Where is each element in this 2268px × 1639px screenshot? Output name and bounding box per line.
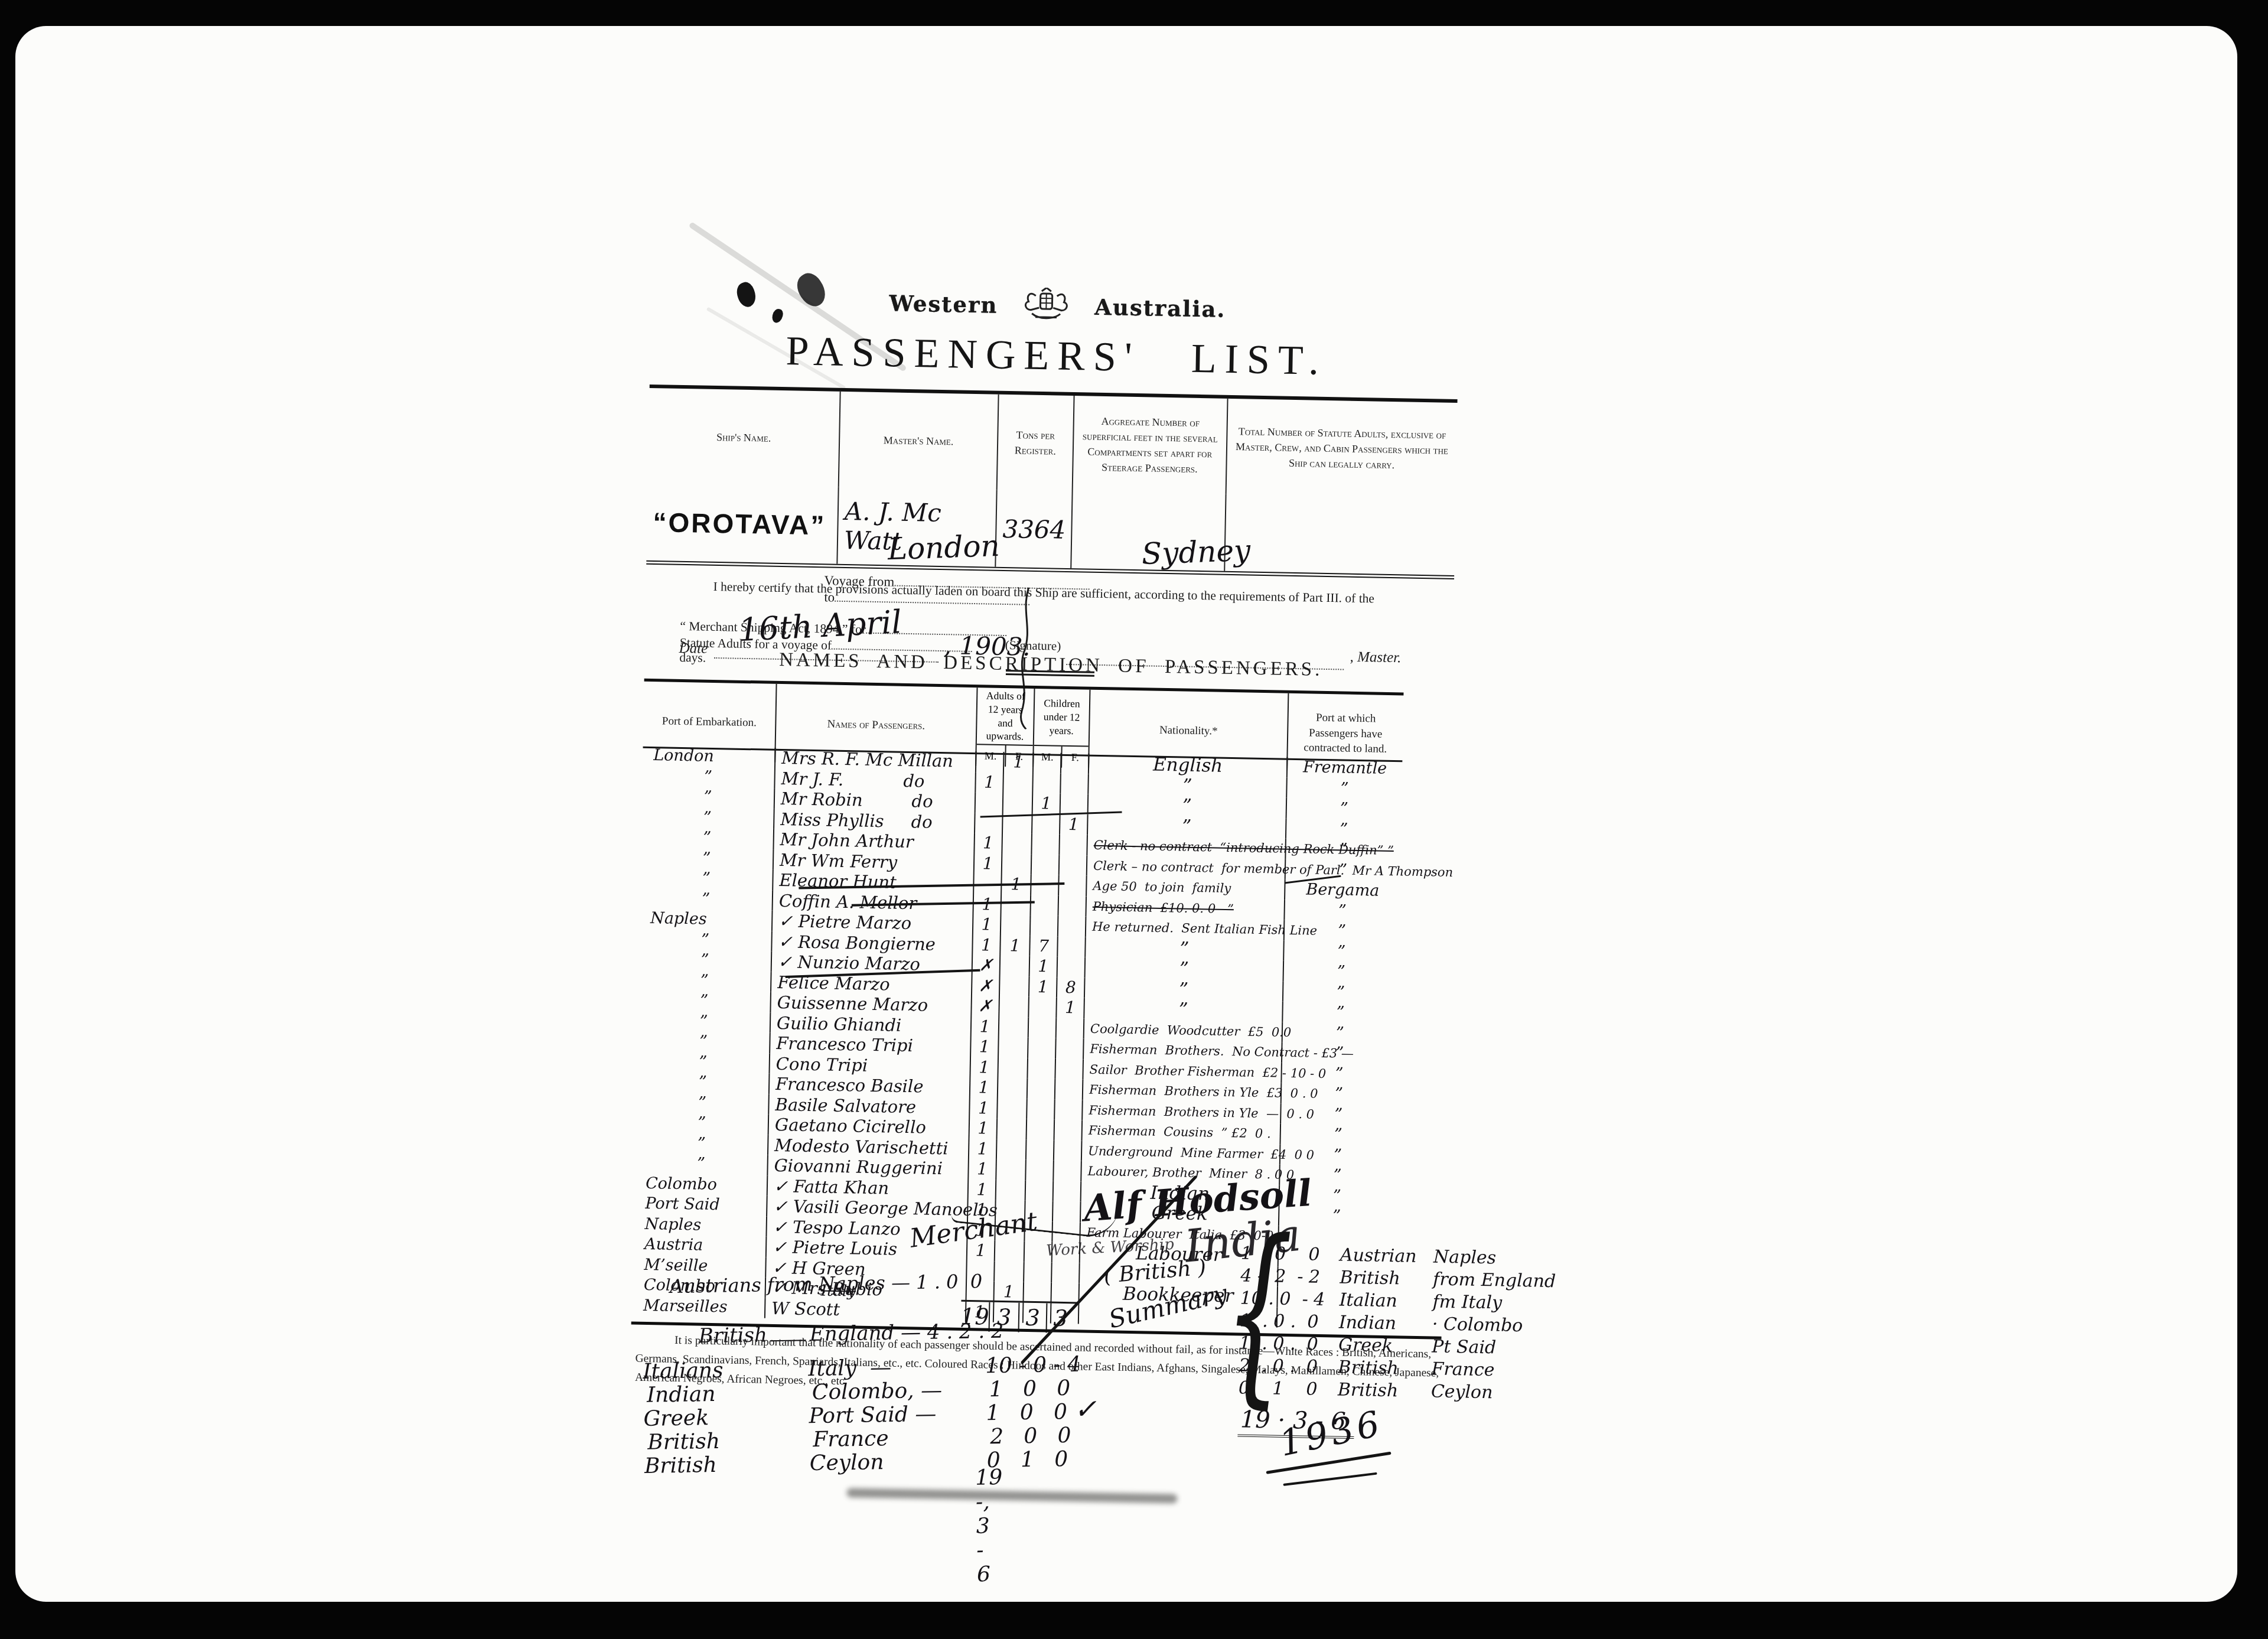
cell-f xyxy=(1002,772,1032,793)
scanned-paper: Western Australia. PASSENGERS' LIST. Shi… xyxy=(15,26,2237,1602)
cell-port: ” xyxy=(640,868,773,891)
col-adults-label: Adults of 12 years and upwards. xyxy=(977,687,1034,745)
cell-cf xyxy=(1054,1058,1083,1079)
master-name-header: Master's Name. xyxy=(838,392,998,490)
cell-port: ” xyxy=(639,928,771,952)
ship-info-table: Ship's Name. Master's Name. Tons per Reg… xyxy=(646,385,1457,579)
cell-cf xyxy=(1054,1099,1082,1120)
cell-f xyxy=(994,1241,1024,1262)
cell-port: ” xyxy=(641,827,773,850)
cell-cf xyxy=(1050,1283,1078,1304)
region-name-right: Australia. xyxy=(1094,294,1226,322)
cell-port: ” xyxy=(636,1091,768,1115)
cell-cf: 8 xyxy=(1056,977,1084,998)
cell-cf xyxy=(1052,1181,1081,1201)
cell-cm xyxy=(1027,1038,1055,1058)
cell-cf: 1 xyxy=(1055,998,1084,1018)
cell-m xyxy=(975,751,1003,772)
cell-m xyxy=(975,792,1003,813)
cell-f xyxy=(998,996,1028,1017)
cell-cm xyxy=(1026,1099,1054,1119)
cell-f xyxy=(996,1098,1027,1119)
cell-cm xyxy=(1025,1139,1054,1160)
voyage-to-value: Sydney xyxy=(1141,533,1251,571)
cell-land: Fremantle xyxy=(1286,757,1403,780)
cell-cf xyxy=(1054,1120,1082,1141)
cell-port: ” xyxy=(642,765,774,788)
cell-cm xyxy=(1025,1160,1053,1181)
page-title: PASSENGERS' LIST. xyxy=(649,325,1464,387)
cell-f xyxy=(1002,793,1032,813)
cell-port: ” xyxy=(638,969,771,992)
cell-m: 1 xyxy=(973,853,1002,874)
cell-m: 1 xyxy=(973,833,1002,853)
cell-m: 1 xyxy=(969,1077,998,1098)
cell-land: ” xyxy=(1283,940,1399,963)
cell-cf xyxy=(1055,1038,1083,1059)
cell-f xyxy=(996,1139,1026,1159)
cell-port: ” xyxy=(635,1153,767,1176)
cell-m: 1 xyxy=(969,1098,997,1119)
cell-f: 1 xyxy=(1003,752,1033,773)
cell-cm xyxy=(1028,997,1056,1018)
cell-f xyxy=(999,976,1029,996)
cell-port: Naples xyxy=(634,1214,766,1237)
cell-land: ” xyxy=(1283,900,1400,922)
cell-m: ✗ xyxy=(970,996,999,1016)
cell-port: ” xyxy=(637,1051,770,1074)
cell-land: ” xyxy=(1282,981,1399,1003)
cell-port: London xyxy=(643,745,775,768)
cell-land: Bergama xyxy=(1284,879,1400,902)
cell-f xyxy=(999,956,1029,976)
cell-cm xyxy=(1023,1262,1051,1282)
cell-land: ” xyxy=(1286,777,1402,800)
coat-of-arms-icon xyxy=(1018,287,1075,325)
cell-cm xyxy=(1029,895,1058,915)
cell-cm xyxy=(1026,1119,1054,1140)
cell-cf xyxy=(1060,773,1088,794)
stamp-underline xyxy=(1283,1472,1377,1486)
cell-f xyxy=(993,1261,1024,1282)
cell-cf xyxy=(1058,875,1086,896)
cell-cf xyxy=(1055,1018,1084,1038)
cell-cf xyxy=(1052,1161,1081,1181)
cell-f xyxy=(997,1078,1027,1099)
cell-m: 1 xyxy=(972,914,1001,935)
cell-port: Austria xyxy=(634,1234,766,1257)
cell-land: ” xyxy=(1282,1002,1398,1024)
cell-cf xyxy=(1060,794,1088,814)
cell-m: 1 xyxy=(972,894,1001,915)
ink-smear xyxy=(846,1488,1177,1503)
cell-f xyxy=(998,1037,1028,1058)
cell-cf xyxy=(1054,1079,1083,1100)
cell-cm xyxy=(1031,813,1060,834)
cell-port: ” xyxy=(636,1112,768,1135)
cell-port: ” xyxy=(637,1071,769,1094)
aggregate-feet-header: Aggregate Number of superficial feet in … xyxy=(1072,396,1227,494)
cell-land: ” xyxy=(1285,818,1402,840)
cell-m: 1 xyxy=(975,772,1003,793)
cell-m: ✗ xyxy=(972,955,1000,976)
cell-cm: 1 xyxy=(1029,956,1057,977)
cell-cf xyxy=(1057,916,1086,937)
cell-m: 1 xyxy=(969,1118,997,1139)
cell-m: 1 xyxy=(972,935,1000,956)
cell-port: ” xyxy=(637,1031,770,1054)
summary-struck-italy: Italy xyxy=(820,1282,856,1300)
voyage-from-value: London xyxy=(887,529,1001,566)
cell-m: 1 xyxy=(970,1016,999,1037)
cell-port: ” xyxy=(638,990,770,1013)
cell-port: ” xyxy=(639,949,771,972)
cell-land: ” xyxy=(1282,1022,1398,1044)
tons-header: Tons per Register. xyxy=(996,395,1074,491)
cell-cf xyxy=(1060,753,1089,774)
scan-background: Western Australia. PASSENGERS' LIST. Shi… xyxy=(0,0,2268,1639)
statute-adults-header: Total Number of Statute Adults, exclusiv… xyxy=(1226,399,1458,498)
cell-f xyxy=(998,1016,1028,1037)
cell-cm xyxy=(1029,915,1058,936)
cell-port: ” xyxy=(641,806,774,829)
cell-land: ” xyxy=(1286,798,1402,820)
cell-cf xyxy=(1053,1140,1081,1161)
cell-cm: 1 xyxy=(1028,976,1057,997)
cell-cm: 7 xyxy=(1029,936,1057,956)
cell-m: 1 xyxy=(968,1139,996,1159)
cell-land: ” xyxy=(1282,961,1399,983)
cell-port: ” xyxy=(642,786,774,809)
cell-port: ” xyxy=(641,847,773,870)
cell-m: 1 xyxy=(970,1037,998,1057)
cell-cm xyxy=(1027,1078,1055,1099)
cell-cm xyxy=(1028,1017,1056,1038)
cell-cm xyxy=(1025,1180,1053,1201)
col-children-label: Children under 12 years. xyxy=(1034,689,1090,746)
passenger-list-form: Western Australia. PASSENGERS' LIST. Shi… xyxy=(628,250,1466,1523)
statute-adults-value xyxy=(1224,494,1455,575)
cell-cf xyxy=(1057,895,1086,916)
cell-cm xyxy=(1027,1058,1055,1078)
tons-value: 3364 xyxy=(1002,514,1066,544)
cell-port: Port Said xyxy=(634,1194,767,1217)
cell-m: 1 xyxy=(969,1057,998,1078)
cell-cm xyxy=(1031,834,1059,855)
cell-cf xyxy=(1058,855,1087,875)
cell-cf xyxy=(1057,936,1085,957)
cell-f xyxy=(997,1057,1027,1078)
signature-label: (Signature) xyxy=(1005,638,1061,654)
cell-port: ” xyxy=(638,1010,770,1033)
cell-f xyxy=(1000,915,1030,936)
nationality-summary: { 1 0 0AustrianNaples4 - 2 - 2Britishfro… xyxy=(1237,1243,1556,1442)
cell-f: 1 xyxy=(999,935,1029,956)
cell-f xyxy=(996,1119,1027,1139)
cell-f xyxy=(1001,833,1031,854)
cell-cm xyxy=(1031,854,1059,875)
cell-nat xyxy=(1078,1304,1277,1328)
cell-f xyxy=(1001,853,1031,874)
masthead: Western Australia. xyxy=(650,281,1465,332)
cell-cm xyxy=(1022,1282,1051,1303)
cell-m: 1 xyxy=(967,1159,996,1179)
cell-f xyxy=(995,1159,1025,1180)
cell-cf xyxy=(1058,835,1087,855)
region-name-left: Western xyxy=(889,290,998,318)
cell-m: ✗ xyxy=(971,976,999,996)
cell-land: ” xyxy=(1279,1124,1396,1146)
cell-cf xyxy=(1057,957,1085,977)
cell-cm xyxy=(1032,752,1061,773)
cell-f xyxy=(1000,894,1030,915)
ship-name-header: Ship's Name. xyxy=(648,388,840,487)
cell-port: Naples xyxy=(640,908,772,931)
cell-cm: 1 xyxy=(1032,793,1060,814)
bottom-tally-total: 19 -, 3 - 6 xyxy=(975,1465,1004,1587)
cell-port: Colombo xyxy=(635,1173,767,1196)
cell-cf xyxy=(1051,1262,1079,1283)
cell-port: ” xyxy=(640,888,773,911)
ship-name-value: “OROTAVA” xyxy=(653,506,826,541)
bottom-tally-row: BritishCeylon0 1 0 xyxy=(644,1441,1075,1480)
cell-cm xyxy=(1032,773,1060,793)
cell-cf: 1 xyxy=(1059,814,1087,835)
cell-port: ” xyxy=(636,1132,768,1155)
